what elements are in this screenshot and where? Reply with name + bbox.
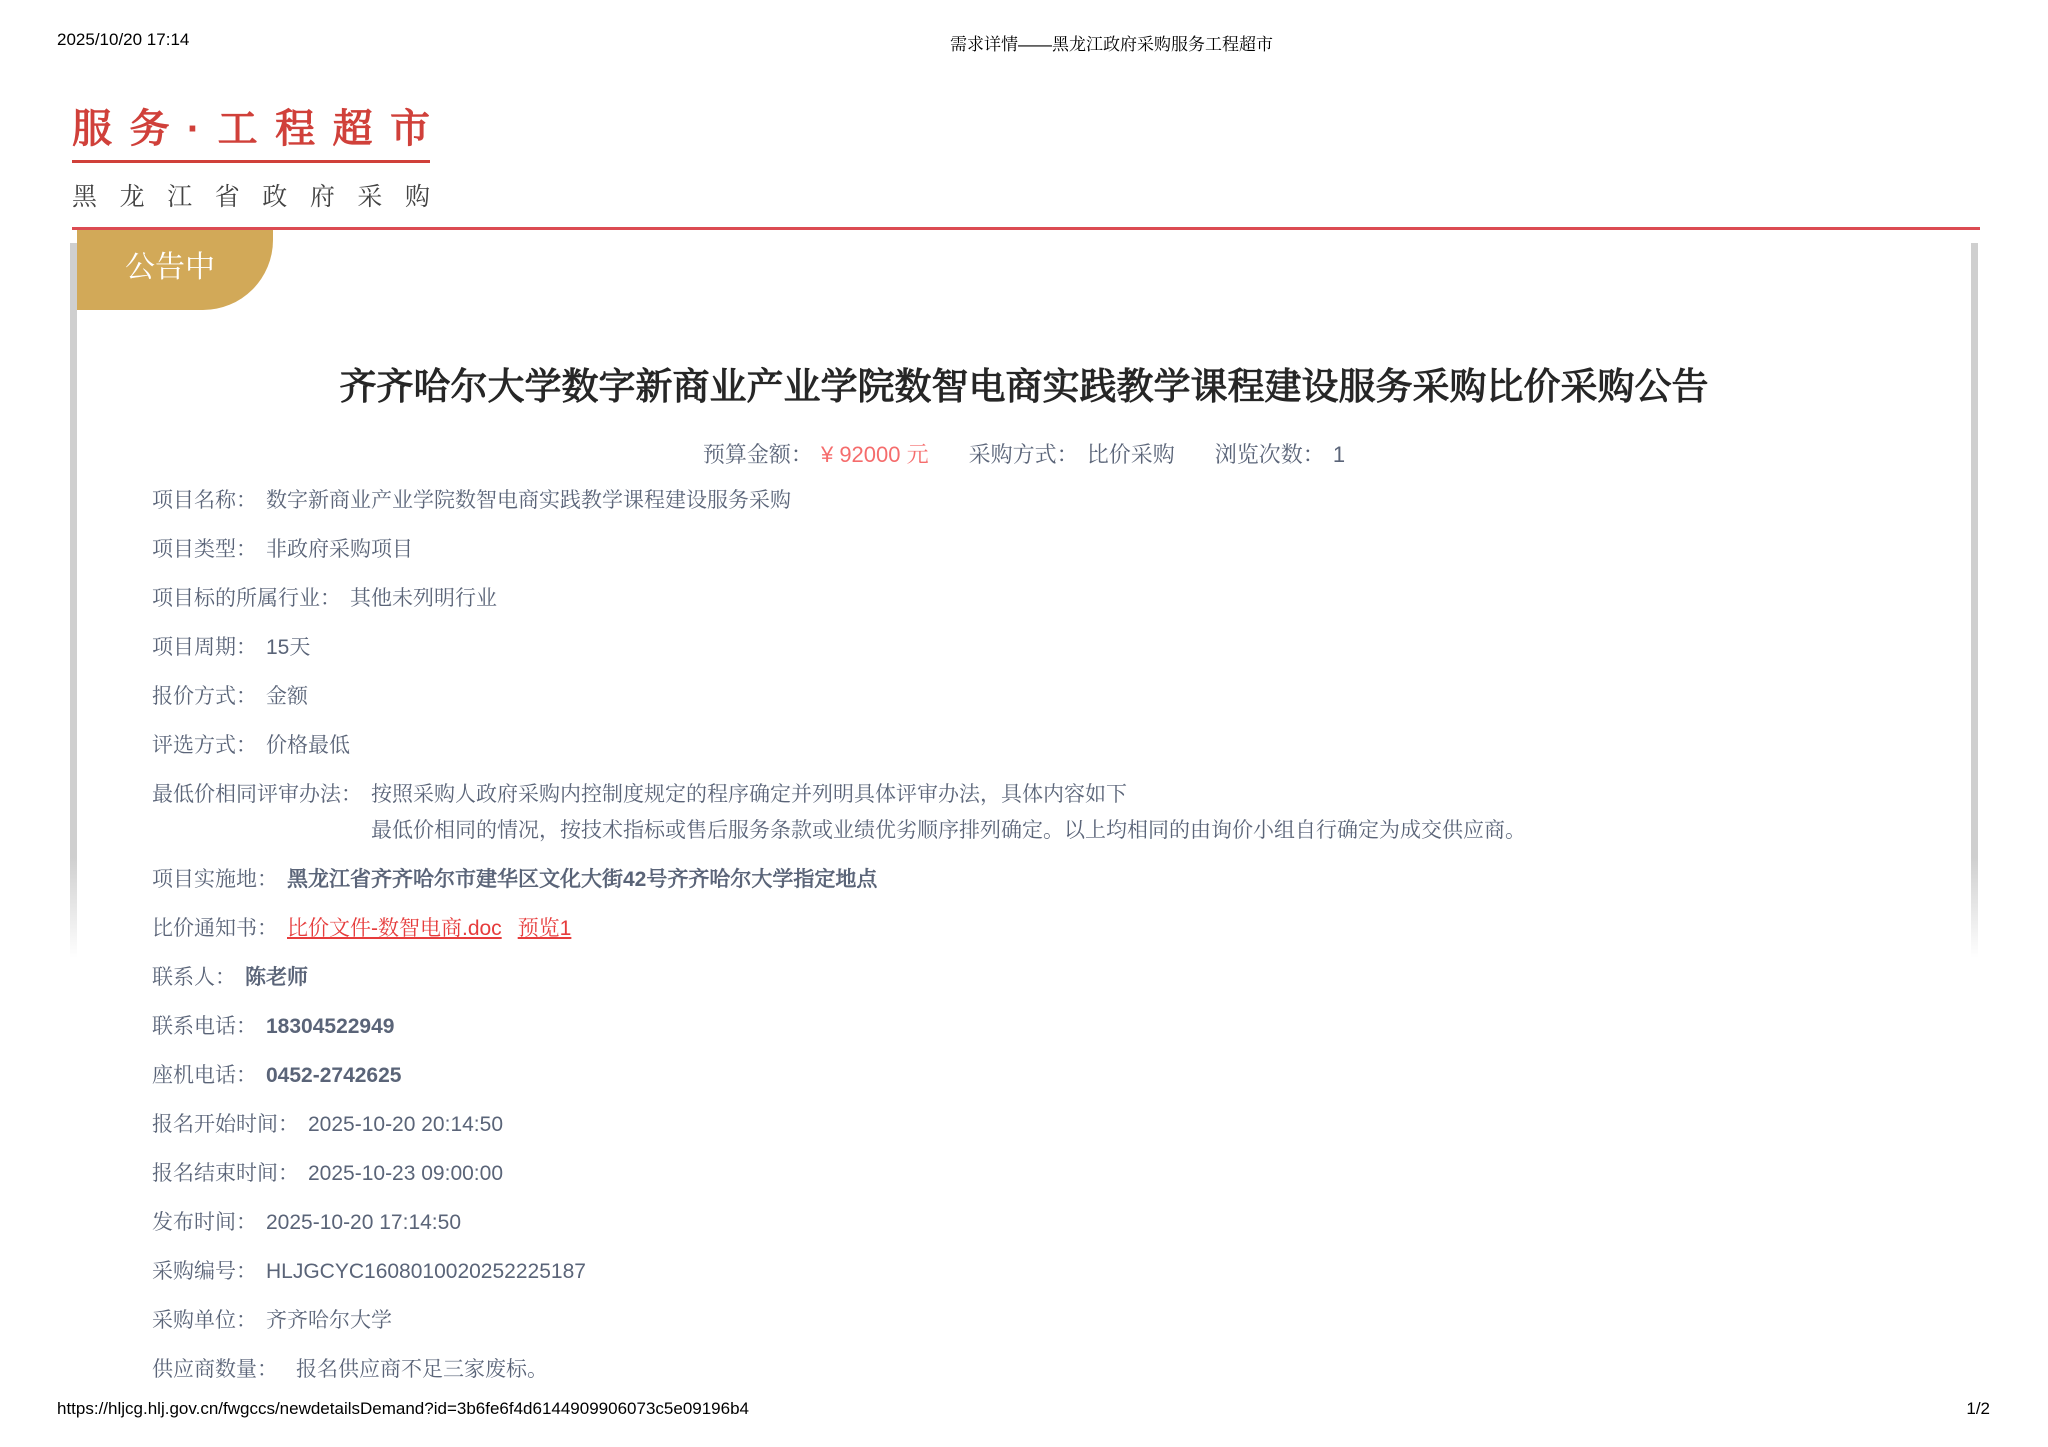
views-value: 1 [1333,442,1345,467]
field-value: 黑龙江省齐齐哈尔市建华区文化大街42号齐齐哈尔大学指定地点 [287,866,877,894]
field-label: 采购单位： [152,1309,257,1332]
field-row: 报价方式：金额 [152,683,1952,711]
field-row: 报名开始时间：2025-10-20 20:14:50 [152,1111,1952,1139]
print-footer-url: https://hljcg.hlj.gov.cn/fwgccs/newdetai… [57,1399,749,1419]
field-value: 15天 [266,634,310,662]
print-header-datetime: 2025/10/20 17:14 [57,30,189,50]
print-header-title: 需求详情——黑龙江政府采购服务工程超市 [950,30,1273,55]
budget-value: ¥ 92000 元 [821,442,929,467]
field-row: 采购编号：HLJGCYC1608010020252225187 [152,1258,1952,1286]
method-value: 比价采购 [1087,442,1175,467]
field-value: 价格最低 [266,732,350,760]
field-value-line: 按照采购人政府采购内控制度规定的程序确定并列明具体评审办法，具体内容如下 [371,781,1526,809]
field-row: 座机电话：0452-2742625 [152,1062,1952,1090]
field-row: 联系人：陈老师 [152,964,1952,992]
field-value: 2025-10-20 20:14:50 [308,1111,503,1139]
logo-underline [72,160,430,163]
field-label: 联系电话： [152,1015,257,1038]
attachment-link[interactable]: 比价文件-数智电商.doc [287,917,502,940]
field-value: 18304522949 [266,1013,394,1041]
field-row: 项目名称：数字新商业产业学院数智电商实践教学课程建设服务采购 [152,487,1952,515]
field-value: 2025-10-23 09:00:00 [308,1160,503,1188]
field-label: 报价方式： [152,685,257,708]
field-value: 2025-10-20 17:14:50 [266,1209,461,1237]
field-label: 比价通知书： [152,917,278,940]
field-row: 供应商数量：报名供应商不足三家废标。 [152,1356,1952,1384]
site-logo-main: 服务·工程超市 [72,106,430,152]
field-label: 项目类型： [152,538,257,561]
method-meta: 采购方式： 比价采购 [969,438,1175,469]
field-row: 发布时间：2025-10-20 17:14:50 [152,1209,1952,1237]
site-logo: 服务·工程超市 黑龙江省政府采购 [72,106,430,213]
field-value: 其他未列明行业 [350,585,497,613]
status-badge: 公告中 [77,230,273,310]
site-logo-subtitle: 黑龙江省政府采购 [72,177,430,213]
method-label: 采购方式： [969,442,1079,467]
field-value-line: 最低价相同的情况，按技术指标或售后服务条款或业绩优劣顺序排列确定。以上均相同的由… [371,817,1526,845]
budget-meta: 预算金额： ¥ 92000 元 [703,438,929,469]
field-row: 项目周期：15天 [152,634,1952,662]
field-row: 项目类型：非政府采购项目 [152,536,1952,564]
field-label: 发布时间： [152,1211,257,1234]
field-value: 陈老师 [245,964,308,992]
views-meta: 浏览次数： 1 [1215,438,1345,469]
field-label: 报名开始时间： [152,1113,299,1136]
field-label: 项目标的所属行业： [152,587,341,610]
field-value: HLJGCYC1608010020252225187 [266,1258,586,1286]
field-label: 评选方式： [152,734,257,757]
field-label: 座机电话： [152,1064,257,1087]
field-value: 数字新商业产业学院数智电商实践教学课程建设服务采购 [266,487,791,515]
notice-fields: 项目名称：数字新商业产业学院数智电商实践教学课程建设服务采购项目类型：非政府采购… [152,487,1952,1405]
field-label: 采购编号： [152,1260,257,1283]
field-value: 齐齐哈尔大学 [266,1307,392,1335]
views-label: 浏览次数： [1215,442,1325,467]
field-row: 报名结束时间：2025-10-23 09:00:00 [152,1160,1952,1188]
field-row: 最低价相同评审办法：按照采购人政府采购内控制度规定的程序确定并列明具体评审办法，… [152,781,1952,845]
field-row: 项目实施地：黑龙江省齐齐哈尔市建华区文化大街42号齐齐哈尔大学指定地点 [152,866,1952,894]
field-label: 供应商数量： [152,1358,278,1381]
notice-title: 齐齐哈尔大学数字新商业产业学院数智电商实践教学课程建设服务采购比价采购公告 [0,356,2048,410]
field-value: 0452-2742625 [266,1062,401,1090]
field-row: 评选方式：价格最低 [152,732,1952,760]
field-row: 项目标的所属行业：其他未列明行业 [152,585,1952,613]
field-row: 联系电话：18304522949 [152,1013,1952,1041]
notice-meta: 预算金额： ¥ 92000 元 采购方式： 比价采购 浏览次数： 1 [0,438,2048,469]
field-value-multiline: 按照采购人政府采购内控制度规定的程序确定并列明具体评审办法，具体内容如下最低价相… [371,781,1526,845]
field-label: 项目周期： [152,636,257,659]
header-divider [72,227,1980,230]
budget-label: 预算金额： [703,442,813,467]
field-label: 项目实施地： [152,868,278,891]
card-border-left [70,243,77,958]
field-value: 报名供应商不足三家废标。 [296,1356,548,1384]
field-row: 采购单位：齐齐哈尔大学 [152,1307,1952,1335]
field-label: 最低价相同评审办法： [152,783,362,806]
print-footer-page: 1/2 [1966,1399,1990,1419]
field-row: 比价通知书：比价文件-数智电商.doc预览1 [152,915,1952,943]
preview-link[interactable]: 预览1 [518,917,572,940]
field-label: 报名结束时间： [152,1162,299,1185]
card-border-right [1971,243,1978,958]
field-value: 非政府采购项目 [266,536,413,564]
field-label: 项目名称： [152,489,257,512]
field-label: 联系人： [152,966,236,989]
field-value: 金额 [266,683,308,711]
